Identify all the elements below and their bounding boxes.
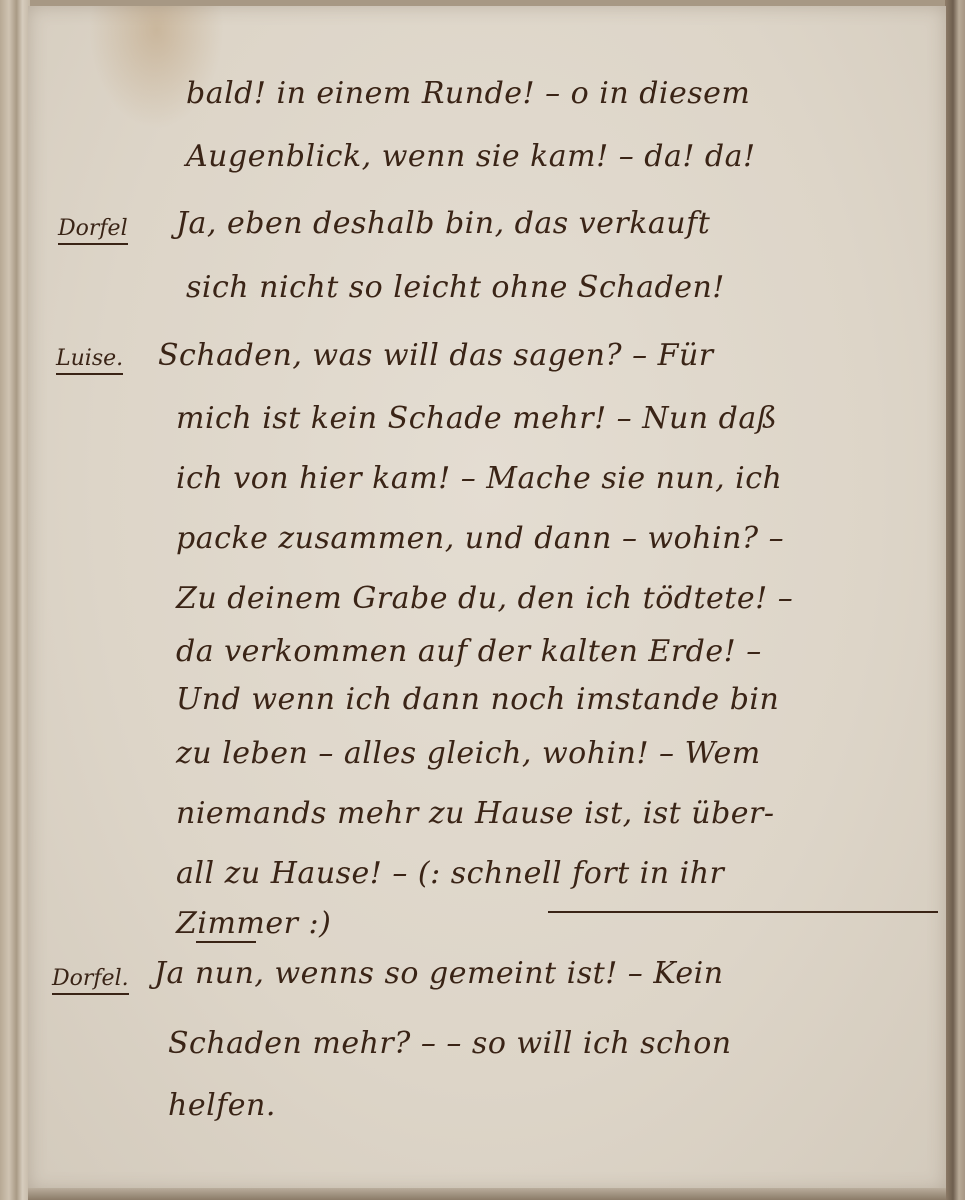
text-line: all zu Hause! – (: schnell fort in ihr bbox=[176, 856, 724, 891]
text-line: Schaden mehr? – – so will ich schon bbox=[168, 1026, 732, 1061]
text-line: ich von hier kam! – Mache sie nun, ich bbox=[176, 461, 782, 496]
speaker-label: Luise. bbox=[56, 346, 123, 375]
text-line: Und wenn ich dann noch imstande bin bbox=[176, 682, 779, 717]
speaker-label: Dorfel bbox=[58, 216, 128, 245]
bottom-page-edge bbox=[28, 1188, 946, 1200]
text-line: mich ist kein Schade mehr! – Nun daß bbox=[176, 401, 777, 436]
text-line: Schaden, was will das sagen? – Für bbox=[158, 338, 714, 373]
text-line: niemands mehr zu Hause ist, ist über- bbox=[176, 796, 775, 831]
text-line: da verkommen auf der kalten Erde! – bbox=[176, 634, 762, 669]
text-line: bald! in einem Runde! – o in diesem bbox=[186, 76, 750, 111]
text-line: Ja nun, wenns so gemeint ist! – Kein bbox=[154, 956, 724, 991]
manuscript-scan: bald! in einem Runde! – o in diesem Auge… bbox=[0, 0, 965, 1200]
text-line: Ja, eben deshalb bin, das verkauft bbox=[176, 206, 710, 241]
stage-direction-line: Zimmer :) bbox=[176, 906, 331, 941]
stage-direction-underline bbox=[548, 911, 938, 913]
text-line: Zu deinem Grabe du, den ich tödtete! – bbox=[176, 581, 793, 616]
text-line: Augenblick, wenn sie kam! – da! da! bbox=[186, 139, 756, 174]
manuscript-page: bald! in einem Runde! – o in diesem Auge… bbox=[28, 6, 946, 1191]
right-page-edge bbox=[945, 0, 965, 1200]
text-line: helfen. bbox=[168, 1088, 276, 1123]
book-spine-edge bbox=[0, 0, 30, 1200]
speaker-label: Dorfel. bbox=[52, 966, 129, 995]
text-line: sich nicht so leicht ohne Schaden! bbox=[186, 270, 725, 305]
stage-direction-underline bbox=[196, 941, 256, 943]
text-line: packe zusammen, und dann – wohin? – bbox=[176, 521, 784, 556]
text-line: zu leben – alles gleich, wohin! – Wem bbox=[176, 736, 761, 771]
